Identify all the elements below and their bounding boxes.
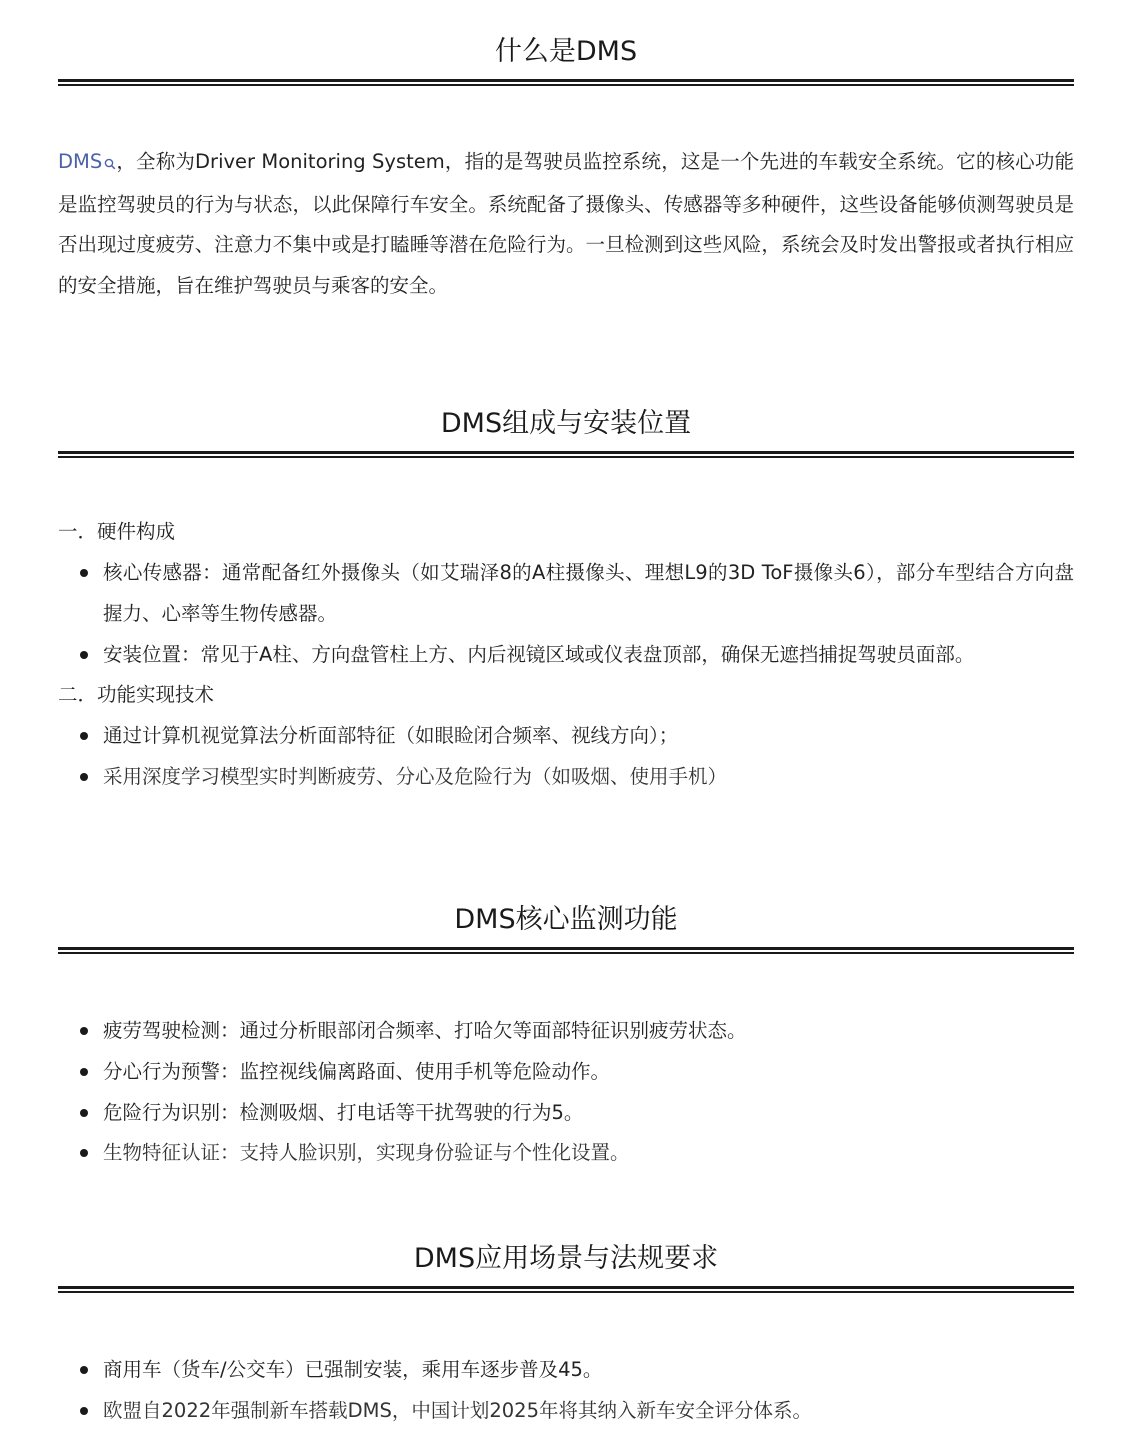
list-item: 通过计算机视觉算法分析面部特征（如眼睑闭合频率、视线方向）；	[58, 716, 1074, 757]
list-item-text: 商用车（货车/公交车）已强制安装，乘用车逐步普及45。	[103, 1358, 602, 1381]
bullet-icon	[80, 1407, 88, 1415]
section-heading-core-functions: DMS核心监测功能	[58, 900, 1074, 953]
list-item: 危险行为识别：检测吸烟、打电话等干扰驾驶的行为5。	[58, 1093, 1074, 1134]
bullet-icon	[80, 1149, 88, 1157]
dms-link-text[interactable]: DMS	[58, 150, 102, 173]
double-divider	[58, 947, 1074, 953]
list-item-text: 安装位置：常见于A柱、方向盘管柱上方、内后视镜区域或仪表盘顶部，确保无遮挡捕捉驾…	[103, 643, 974, 666]
list-item-text: 通过计算机视觉算法分析面部特征（如眼睑闭合频率、视线方向）；	[103, 724, 678, 747]
double-divider	[58, 1286, 1074, 1292]
list-item: 核心传感器：通常配备红外摄像头（如艾瑞泽8的A柱摄像头、理想L9的3D ToF摄…	[58, 553, 1074, 635]
section-title: DMS应用场景与法规要求	[58, 1239, 1074, 1279]
dms-link[interactable]: DMS	[58, 150, 116, 173]
hardware-list: 核心传感器：通常配备红外摄像头（如艾瑞泽8的A柱摄像头、理想L9的3D ToF摄…	[58, 553, 1074, 675]
section-heading-what-is-dms: 什么是DMS	[58, 32, 1074, 85]
list-item-text: 疲劳驾驶检测：通过分析眼部闭合频率、打哈欠等面部特征识别疲劳状态。	[103, 1019, 747, 1042]
subheading-hardware: 一．硬件构成	[58, 512, 175, 553]
list-item-text: 核心传感器：通常配备红外摄像头（如艾瑞泽8的A柱摄像头、理想L9的3D ToF摄…	[103, 561, 1074, 625]
list-item: 疲劳驾驶检测：通过分析眼部闭合频率、打哈欠等面部特征识别疲劳状态。	[58, 1011, 1074, 1052]
section-title: DMS核心监测功能	[58, 900, 1074, 940]
bullet-icon	[80, 1027, 88, 1035]
subheading-technology: 二．功能实现技术	[58, 675, 214, 716]
regulations-list: 商用车（货车/公交车）已强制安装，乘用车逐步普及45。 欧盟自2022年强制新车…	[58, 1350, 1074, 1432]
bullet-icon	[80, 732, 88, 740]
section-title: 什么是DMS	[58, 32, 1074, 72]
double-divider	[58, 79, 1074, 85]
core-functions-list: 疲劳驾驶检测：通过分析眼部闭合频率、打哈欠等面部特征识别疲劳状态。 分心行为预警…	[58, 1011, 1074, 1174]
bullet-icon	[80, 1068, 88, 1076]
list-item: 商用车（货车/公交车）已强制安装，乘用车逐步普及45。	[58, 1350, 1074, 1391]
list-item: 分心行为预警：监控视线偏离路面、使用手机等危险动作。	[58, 1052, 1074, 1093]
list-item-text: 分心行为预警：监控视线偏离路面、使用手机等危险动作。	[103, 1060, 610, 1083]
list-item: 生物特征认证：支持人脸识别，实现身份验证与个性化设置。	[58, 1133, 1074, 1174]
list-item: 采用深度学习模型实时判断疲劳、分心及危险行为（如吸烟、使用手机）	[58, 757, 1074, 798]
bullet-icon	[80, 1366, 88, 1374]
bullet-icon	[80, 1109, 88, 1117]
list-item-text: 采用深度学习模型实时判断疲劳、分心及危险行为（如吸烟、使用手机）	[103, 765, 727, 788]
section-heading-regulations: DMS应用场景与法规要求	[58, 1239, 1074, 1292]
bullet-icon	[80, 569, 88, 577]
technology-list: 通过计算机视觉算法分析面部特征（如眼睑闭合频率、视线方向）； 采用深度学习模型实…	[58, 716, 1074, 798]
list-item: 安装位置：常见于A柱、方向盘管柱上方、内后视镜区域或仪表盘顶部，确保无遮挡捕捉驾…	[58, 635, 1074, 676]
search-icon[interactable]	[104, 144, 116, 185]
bullet-icon	[80, 773, 88, 781]
list-item: 欧盟自2022年强制新车搭载DMS，中国计划2025年将其纳入新车安全评分体系。	[58, 1391, 1074, 1432]
list-item-text: 生物特征认证：支持人脸识别，实现身份验证与个性化设置。	[103, 1141, 630, 1164]
section-heading-components: DMS组成与安装位置	[58, 404, 1074, 457]
list-item-text: 危险行为识别：检测吸烟、打电话等干扰驾驶的行为5。	[103, 1101, 583, 1124]
intro-paragraph: DMS，全称为Driver Monitoring System，指的是驾驶员监控…	[58, 142, 1074, 306]
intro-text: ，全称为Driver Monitoring System，指的是驾驶员监控系统，…	[58, 150, 1074, 297]
list-item-text: 欧盟自2022年强制新车搭载DMS，中国计划2025年将其纳入新车安全评分体系。	[103, 1399, 812, 1422]
section-title: DMS组成与安装位置	[58, 404, 1074, 444]
double-divider	[58, 451, 1074, 457]
bullet-icon	[80, 651, 88, 659]
